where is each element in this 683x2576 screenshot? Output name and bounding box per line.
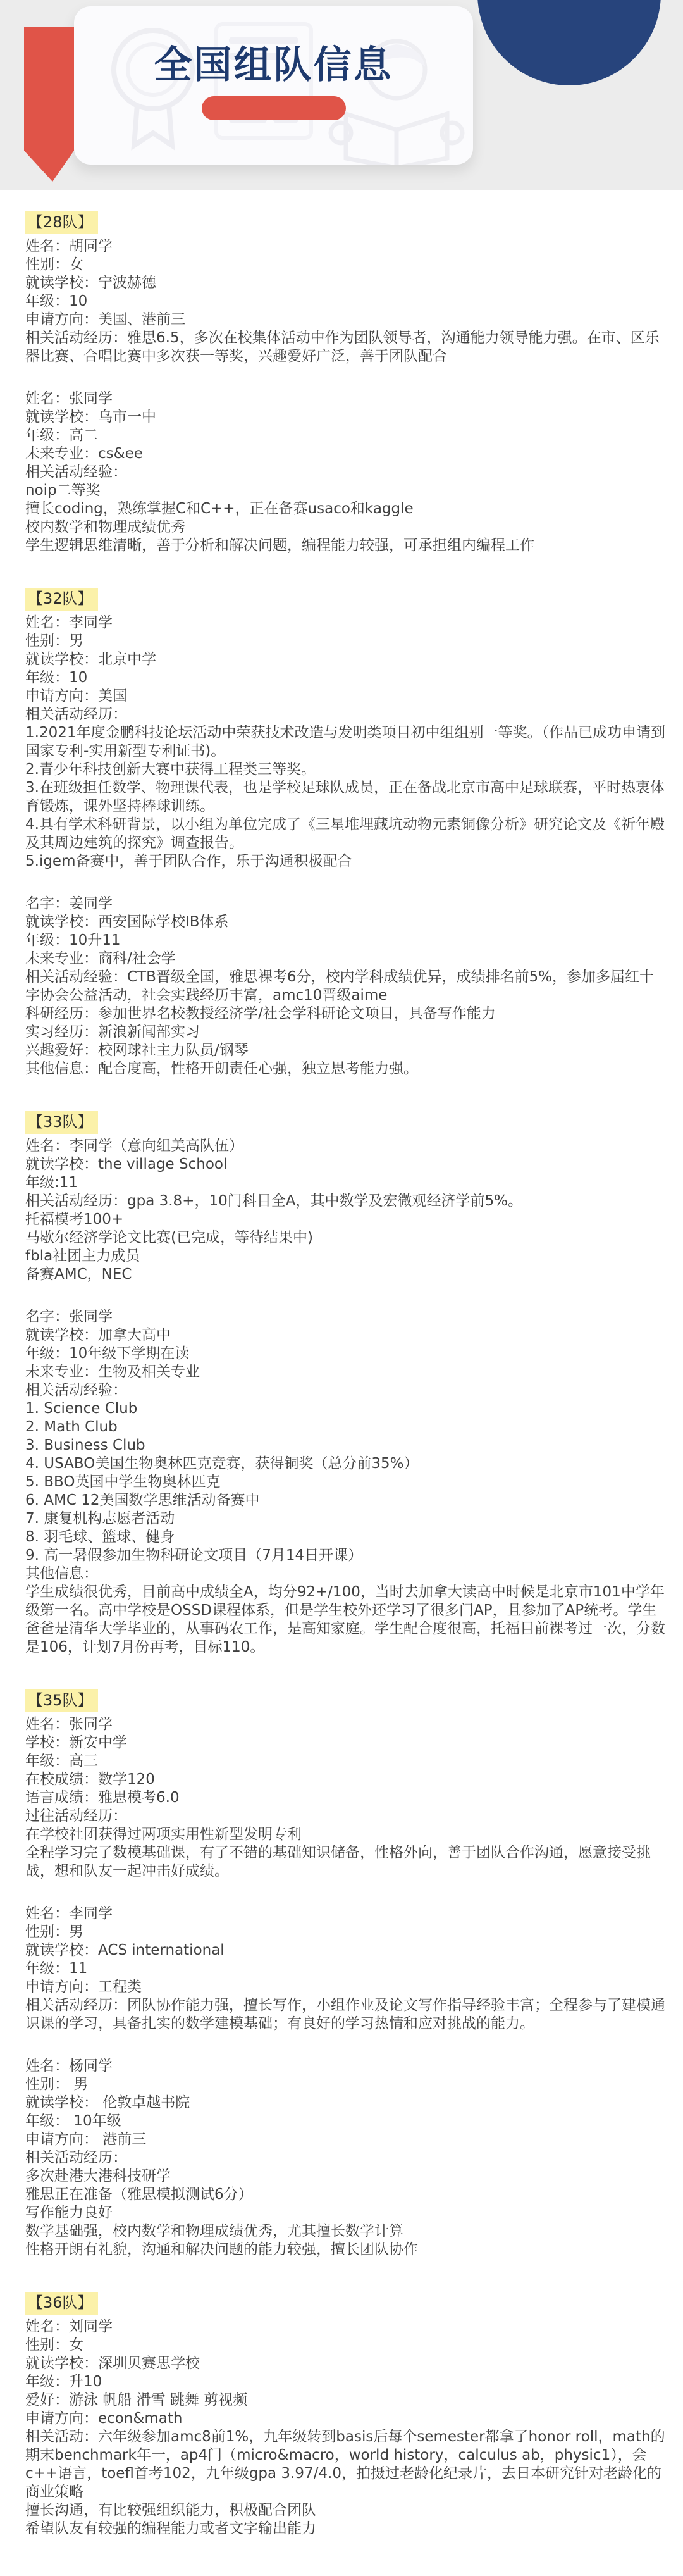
member-line: 姓名：李同学 — [25, 1905, 665, 1923]
team-section: 【36队】 姓名：刘同学 性别：女 就读学校：深圳贝赛思学校 年级：升10 爱好… — [25, 2292, 665, 2538]
member-line: 申请方向：美国 — [25, 687, 665, 706]
member-line: 相关活动：六年级参加amc8前1%，九年级转到basis后每个semester都… — [25, 2428, 665, 2501]
member-line: 年级：11 — [25, 1960, 665, 1978]
member-line: 2.青少年科技创新大赛中获得工程类三等奖。 — [25, 761, 665, 779]
member-line: 备赛AMC，NEC — [25, 1266, 665, 1284]
team-section: 【33队】 姓名：李同学（意向组美高队伍） 就读学校：the village S… — [25, 1111, 665, 1657]
member-line: 科研经历：参加世界名校教授经济学/社会学科研论文项目，具备写作能力 — [25, 1005, 665, 1023]
member-line: 校内数学和物理成绩优秀 — [25, 518, 665, 537]
member-line: 年级：升10 — [25, 2373, 665, 2391]
member-line: 名字：姜同学 — [25, 895, 665, 913]
member-line: 未来专业：生物及相关专业 — [25, 1363, 665, 1381]
member-line: 性别：男 — [25, 632, 665, 650]
member-line: 1. Science Club — [25, 1400, 665, 1418]
member-line: 马歇尔经济学论文比赛(已完成，等待结果中) — [25, 1229, 665, 1247]
member-block: 名字：姜同学 就读学校：西安国际学校IB体系 年级：10升11 未来专业：商科/… — [25, 895, 665, 1078]
member-line: 3. Business Club — [25, 1436, 665, 1455]
member-line: 就读学校：北京中学 — [25, 650, 665, 669]
team-tag: 【36队】 — [25, 2292, 98, 2315]
member-line: 就读学校：西安国际学校IB体系 — [25, 913, 665, 931]
member-line: 学校：新安中学 — [25, 1734, 665, 1752]
member-line: 申请方向： 港前三 — [25, 2131, 665, 2149]
member-line: 爱好：游泳 帆船 滑雪 跳舞 剪视频 — [25, 2391, 665, 2410]
member-line: 年级：10年级下学期在读 — [25, 1345, 665, 1363]
member-line: 就读学校：ACS international — [25, 1941, 665, 1960]
member-line: 性别： 男 — [25, 2075, 665, 2094]
member-line: 姓名：杨同学 — [25, 2057, 665, 2075]
team-members: 姓名：刘同学 性别：女 就读学校：深圳贝赛思学校 年级：升10 爱好：游泳 帆船… — [25, 2318, 665, 2538]
member-line: 2. Math Club — [25, 1418, 665, 1436]
member-line: 姓名：李同学 — [25, 614, 665, 632]
member-line: 就读学校：深圳贝赛思学校 — [25, 2355, 665, 2373]
member-line: 就读学校：the village School — [25, 1155, 665, 1174]
member-line: 申请方向：工程类 — [25, 1978, 665, 1996]
member-line: 年级：10升11 — [25, 931, 665, 950]
member-line: 托福模考100+ — [25, 1210, 665, 1229]
member-line: 擅长沟通，有比较强组织能力，积极配合团队 — [25, 2501, 665, 2520]
member-line: 实习经历：新浪新闻部实习 — [25, 1023, 665, 1042]
team-section: 【28队】 姓名：胡同学 性别：女 就读学校：宁波赫德 年级：10 申请方向：美… — [25, 211, 665, 555]
member-block: 姓名：李同学（意向组美高队伍） 就读学校：the village School … — [25, 1137, 665, 1284]
member-line: 1.2021年度金鹏科技论坛活动中荣获技术改造与发明类项目初中组组别一等奖。（作… — [25, 724, 665, 761]
member-line: 希望队友有较强的编程能力或者文字输出能力 — [25, 2520, 665, 2538]
member-line: fbla社团主力成员 — [25, 1247, 665, 1266]
page-title: 全国组队信息 — [74, 44, 473, 86]
banner: 全国组队信息 — [0, 0, 683, 190]
member-block: 姓名：李同学 性别：男 就读学校：北京中学 年级：10 申请方向：美国 相关活动… — [25, 614, 665, 871]
member-line: 相关活动经历： — [25, 2149, 665, 2167]
member-line: 4.具有学术科研背景，以小组为单位完成了《三星堆埋藏坑动物元素铜像分析》研究论文… — [25, 816, 665, 852]
member-line: 兴趣爱好：校网球社主力队员/钢琴 — [25, 1042, 665, 1060]
member-line: 写作能力良好 — [25, 2204, 665, 2222]
member-line: 全程学习完了数模基础课，有了不错的基础知识储备，性格外向，善于团队合作沟通，愿意… — [25, 1844, 665, 1881]
member-block: 姓名：张同学 就读学校：乌市一中 年级：高二 未来专业：cs&ee 相关活动经验… — [25, 390, 665, 555]
member-line: 其他信息：配合度高，性格开朗责任心强，独立思考能力强。 — [25, 1060, 665, 1078]
member-line: 相关活动经历：gpa 3.8+，10门科目全A，其中数学及宏微观经济学前5%。 — [25, 1192, 665, 1210]
member-line: 性别：男 — [25, 1923, 665, 1941]
member-line: 在校成绩：数学120 — [25, 1770, 665, 1789]
team-tag: 【33队】 — [25, 1111, 98, 1134]
team-tag: 【35队】 — [25, 1689, 98, 1712]
member-line: 年级：高二 — [25, 426, 665, 445]
member-line: 擅长coding，熟练掌握C和C++，正在备赛usaco和kaggle — [25, 500, 665, 518]
member-line: 姓名：张同学 — [25, 390, 665, 408]
member-line: 其他信息： — [25, 1565, 665, 1583]
member-line: 姓名：刘同学 — [25, 2318, 665, 2336]
team-members: 姓名：李同学 性别：男 就读学校：北京中学 年级：10 申请方向：美国 相关活动… — [25, 614, 665, 1078]
member-line: 相关活动经历：团队协作能力强，擅长写作，小组作业及论文写作指导经验丰富；全程参与… — [25, 1996, 665, 2033]
member-line: 5. BBO英国中学生物奥林匹克 — [25, 1473, 665, 1491]
corner-circle-decoration — [477, 0, 661, 85]
member-line: 7. 康复机构志愿者活动 — [25, 1510, 665, 1528]
team-section: 【32队】 姓名：李同学 性别：男 就读学校：北京中学 年级：10 申请方向：美… — [25, 588, 665, 1078]
member-line: 姓名：李同学（意向组美高队伍） — [25, 1137, 665, 1155]
team-tag: 【28队】 — [25, 211, 98, 234]
member-line: 姓名：张同学 — [25, 1715, 665, 1734]
member-line: 性格开朗有礼貌，沟通和解决问题的能力较强，擅长团队协作 — [25, 2241, 665, 2259]
member-line: 学生成绩很优秀，目前高中成绩全A，均分92+/100，当时去加拿大读高中时候是北… — [25, 1583, 665, 1657]
member-line: 相关活动经验：CTB晋级全国，雅思裸考6分，校内学科成绩优异，成绩排名前5%，参… — [25, 968, 665, 1005]
member-line: 数学基础强，校内数学和物理成绩优秀，尤其擅长数学计算 — [25, 2222, 665, 2241]
team-members: 姓名：张同学 学校：新安中学 年级：高三 在校成绩：数学120 语言成绩：雅思模… — [25, 1715, 665, 2259]
member-block: 姓名：李同学 性别：男 就读学校：ACS international 年级：11… — [25, 1905, 665, 2033]
member-line: 就读学校：宁波赫德 — [25, 274, 665, 292]
member-line: 过往活动经历： — [25, 1807, 665, 1826]
member-line: 语言成绩：雅思模考6.0 — [25, 1789, 665, 1807]
member-line: 相关活动经历：雅思6.5，多次在校集体活动中作为团队领导者，沟通能力领导能力强。… — [25, 329, 665, 366]
banner-card: 全国组队信息 — [74, 6, 473, 165]
member-block: 名字：张同学 就读学校：加拿大高中 年级：10年级下学期在读 未来专业：生物及相… — [25, 1308, 665, 1657]
member-line: 9. 高一暑假参加生物科研论文项目（7月14日开课） — [25, 1546, 665, 1565]
member-line: 雅思正在准备（雅思模拟测试6分） — [25, 2186, 665, 2204]
member-line: 在学校社团获得过两项实用性新型发明专利 — [25, 1826, 665, 1844]
member-line: 8. 羽毛球、篮球、健身 — [25, 1528, 665, 1546]
member-block: 姓名：杨同学 性别： 男 就读学校： 伦敦卓越书院 年级： 10年级 申请方向：… — [25, 2057, 665, 2259]
team-tag: 【32队】 — [25, 588, 98, 611]
title-underline — [202, 96, 346, 120]
member-line: 申请方向：美国、港前三 — [25, 311, 665, 329]
member-line: 4. USABO美国生物奥林匹克竞赛，获得铜奖（总分前35%） — [25, 1455, 665, 1473]
ribbon-bookmark-icon — [24, 27, 74, 182]
member-line: 相关活动经验： — [25, 1381, 665, 1400]
member-line: 性别：女 — [25, 2336, 665, 2355]
member-line: 学生逻辑思维清晰，善于分析和解决问题，编程能力较强，可承担组内编程工作 — [25, 537, 665, 555]
member-line: 年级：10 — [25, 669, 665, 687]
member-line: noip二等奖 — [25, 482, 665, 500]
member-line: 未来专业：cs&ee — [25, 445, 665, 463]
member-line: 年级： 10年级 — [25, 2112, 665, 2131]
member-line: 年级：高三 — [25, 1752, 665, 1770]
member-line: 相关活动经历： — [25, 706, 665, 724]
member-line: 相关活动经验： — [25, 463, 665, 482]
member-line: 3.在班级担任数学、物理课代表，也是学校足球队成员，正在备战北京市高中足球联赛，… — [25, 779, 665, 816]
member-line: 就读学校： 伦敦卓越书院 — [25, 2094, 665, 2112]
member-line: 未来专业：商科/社会学 — [25, 950, 665, 968]
member-line: 就读学校：加拿大高中 — [25, 1326, 665, 1345]
member-line: 年级:11 — [25, 1174, 665, 1192]
member-block: 姓名：刘同学 性别：女 就读学校：深圳贝赛思学校 年级：升10 爱好：游泳 帆船… — [25, 2318, 665, 2538]
team-members: 姓名：胡同学 性别：女 就读学校：宁波赫德 年级：10 申请方向：美国、港前三 … — [25, 237, 665, 555]
member-line: 名字：张同学 — [25, 1308, 665, 1326]
member-line: 申请方向：econ&math — [25, 2410, 665, 2428]
member-block: 姓名：张同学 学校：新安中学 年级：高三 在校成绩：数学120 语言成绩：雅思模… — [25, 1715, 665, 1881]
member-line: 姓名：胡同学 — [25, 237, 665, 256]
member-block: 姓名：胡同学 性别：女 就读学校：宁波赫德 年级：10 申请方向：美国、港前三 … — [25, 237, 665, 366]
team-list: 【28队】 姓名：胡同学 性别：女 就读学校：宁波赫德 年级：10 申请方向：美… — [0, 190, 683, 2576]
member-line: 就读学校：乌市一中 — [25, 408, 665, 426]
team-section: 【35队】 姓名：张同学 学校：新安中学 年级：高三 在校成绩：数学120 语言… — [25, 1689, 665, 2259]
team-members: 姓名：李同学（意向组美高队伍） 就读学校：the village School … — [25, 1137, 665, 1657]
member-line: 多次赴港大港科技研学 — [25, 2167, 665, 2186]
member-line: 性别：女 — [25, 256, 665, 274]
medal-watermark-icon — [90, 16, 216, 161]
member-line: 年级：10 — [25, 292, 665, 311]
member-line: 6. AMC 12美国数学思维活动备赛中 — [25, 1491, 665, 1510]
member-line: 5.igem备赛中，善于团队合作，乐于沟通积极配合 — [25, 852, 665, 871]
